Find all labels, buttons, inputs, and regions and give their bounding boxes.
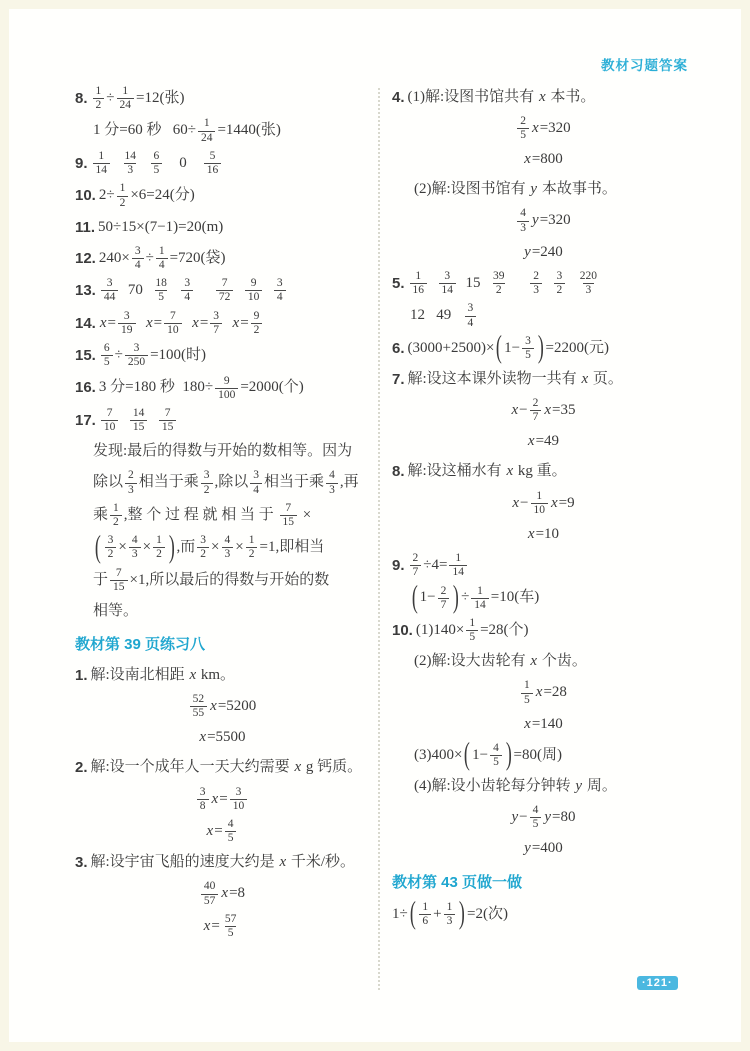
text-run: 除以 [93,473,123,493]
fraction: 516 [204,150,222,177]
text-run: = [214,822,222,842]
text-run [149,411,157,431]
item-number: 11. [75,218,95,238]
item-number: 17. [75,411,96,431]
fraction: 35 [522,335,534,362]
math-line: x=10 [392,520,694,549]
math-line: 7.解:设这本课外读物一共有 x 页。 [392,365,694,394]
text-run: (1)140× [416,621,464,641]
fraction: 1415 [130,407,148,434]
fraction: 43 [326,469,338,496]
math-line: 10.(1)140×15=28(个) [392,615,694,646]
fraction: 32 [201,469,213,496]
fraction: 14 [156,245,168,272]
fraction: 4057 [201,880,219,907]
math-variable: x [211,790,220,810]
fraction: 45 [530,804,542,831]
text-run: =12(张) [136,89,184,109]
text-run [172,281,180,301]
text-run: 70 [120,281,150,301]
text-run: =1,即相当 [259,538,324,558]
math-line: 乘12,整 个 过 程 就 相 当 于 715 × [75,500,369,531]
item-number: 14. [75,314,96,334]
math-variable: x [527,432,536,452]
text-run [429,274,437,294]
text-run: 15 [458,274,488,294]
fraction: 12 [93,85,105,112]
math-line: 9.114 143 65 0 516 [75,148,369,179]
fraction: 38 [197,786,209,813]
math-variable: x [580,370,589,390]
item-number: 13. [75,281,96,301]
text-run: =140 [532,715,563,735]
text-run: ,再 [340,473,359,493]
math-variable: x [145,314,154,334]
math-variable: x [543,401,552,421]
text-run: = [108,314,116,334]
fraction: 65 [151,150,163,177]
fraction: 43 [517,207,529,234]
math-line: 相等。 [75,597,369,626]
math-line: y=400 [392,835,694,864]
math-variable: x [511,494,520,514]
text-run: =320 [540,119,571,139]
big-right-paren: ) [538,328,544,369]
math-line: (1−27)÷114=10(车) [392,583,694,614]
text-run: − [519,808,527,828]
text-run: 本故事书。 [538,180,617,200]
text-run [235,281,243,301]
text-run: ×6=24(分) [130,186,194,206]
text-run: ,除以 [215,473,249,493]
math-variable: y [574,777,583,797]
text-run: 千米/秒。 [287,853,355,873]
item-number: 10. [75,186,96,206]
big-left-paren: ( [412,578,418,619]
text-run [510,274,529,294]
text-run: =80 [552,808,575,828]
math-line: 3.解:设宇宙飞船的速度大约是 x 千米/秒。 [75,848,369,877]
text-run: × [299,506,311,526]
text-run: ÷ [115,346,123,366]
fraction: 92 [251,310,263,337]
fraction: 27 [530,397,542,424]
big-left-paren: ( [464,735,470,776]
item-number: 9. [392,556,405,576]
page-header-title: 教材习题答案 [601,54,688,74]
fraction: 3250 [125,342,148,369]
fraction: 715 [159,407,177,434]
fraction: 34 [181,277,193,304]
text-run: ÷ [106,89,114,109]
fraction: 45 [490,742,502,769]
fraction: 34 [250,469,262,496]
math-line: 4.(1)解:设图书馆共有 x 本书。 [392,83,694,112]
text-run: 乘 [93,506,108,526]
text-run: =28 [543,683,566,703]
fraction: 32 [554,270,566,297]
text-run [567,274,575,294]
fraction: 34 [465,302,477,329]
item-number: 8. [75,89,88,109]
fraction: 116 [410,270,428,297]
text-run: 1− [504,339,520,359]
fraction: 124 [117,85,135,112]
text-run: 解:设这本课外读物一共有 [408,370,581,390]
section-heading: 教材第 43 页做一做 [392,870,694,896]
text-run: (2)解:设大齿轮有 [414,652,529,672]
fraction: 34 [274,277,286,304]
text-run [120,411,128,431]
math-line: (2)解:设图书馆有 y 本故事书。 [392,175,694,204]
text-run: =5500 [207,728,245,748]
math-line: 1 分=60 秒 60÷124=1440(张) [75,115,369,146]
math-line: (2)解:设大齿轮有 x 个齿。 [392,647,694,676]
fraction: 715 [280,502,298,529]
math-line: 12.240×34÷14=720(袋) [75,243,369,274]
math-variable: x [523,715,532,735]
text-run: km。 [197,666,235,686]
fraction: 392 [490,270,508,297]
fraction: 25 [517,115,529,142]
fraction: 310 [230,786,248,813]
text-run: × [211,538,219,558]
fraction: 575 [222,913,240,940]
text-run: 0 [164,154,202,174]
text-run: g 钙质。 [302,758,362,778]
math-line: 9.27÷4=114 [392,550,694,581]
text-run: = [200,314,208,334]
text-run: 50÷15×(7−1)=20(m) [98,218,223,238]
math-variable: x [523,150,532,170]
section-heading: 教材第 39 页练习八 [75,632,369,658]
text-run: =8 [229,884,245,904]
math-line: (3)400×(1−45)=80(周) [392,740,694,771]
math-variable: x [531,119,540,139]
text-run: 教材第 39 页练习八 [75,635,205,655]
math-line: 2.解:设一个成年人一天大约需要 x g 钙质。 [75,754,369,783]
text-run [112,154,120,174]
big-right-paren: ) [169,528,175,569]
text-run: = [211,917,219,937]
item-number: 16. [75,378,96,398]
fraction: 314 [439,270,457,297]
fraction: 23 [125,469,137,496]
text-run: 12 49 [410,306,463,326]
math-variable: x [527,525,536,545]
fraction: 772 [216,277,234,304]
text-run: 3 分=180 秒 180÷ [99,378,213,398]
math-line: 4057x=8 [75,878,369,909]
text-run [141,154,149,174]
text-run [195,281,214,301]
math-line: 38x=310 [75,784,369,815]
text-run: =240 [532,243,563,263]
text-run: =35 [552,401,575,421]
math-line: 1.解:设南北相距 x km。 [75,661,369,690]
fraction: 2203 [577,270,600,297]
fraction: 15 [521,679,533,706]
text-run: = [154,314,162,334]
text-run: × [143,538,151,558]
math-line: 17.710 1415 715 [75,405,369,436]
fraction: 114 [449,552,467,579]
text-run: = [240,314,248,334]
fraction: 344 [101,277,119,304]
text-run: ÷ [461,588,469,608]
math-variable: x [510,401,519,421]
math-variable: x [206,822,215,842]
text-run: 教材第 43 页做一做 [392,873,522,893]
math-line: (32×43×12),而32×43×12=1,即相当 [75,532,369,563]
text-run: =5200 [218,697,256,717]
text-run: 页。 [589,370,623,390]
item-number: 6. [392,339,405,359]
math-variable: x [209,697,218,717]
text-run: ÷4= [423,556,447,576]
text-run: (1)解:设图书馆共有 [408,88,538,108]
math-line: x=575 [75,911,369,942]
fraction: 43 [222,534,234,561]
text-run [184,314,192,334]
fraction: 910 [245,277,263,304]
text-run [224,314,232,334]
item-number: 1. [75,666,88,686]
math-line: x−110x=9 [392,488,694,519]
text-run: 发现:最后的得数与开始的数相等。因为 [93,442,352,462]
text-run: (4)解:设小齿轮每分钟转 [414,777,574,797]
item-number: 5. [392,274,405,294]
text-run: =2200(元) [546,339,609,359]
text-run: 1 分=60 秒 60÷ [93,121,196,141]
math-variable: y [543,808,552,828]
text-run: =28(个) [480,621,528,641]
fraction: 12 [117,182,129,209]
text-run: =100(时) [150,346,206,366]
math-line: 13.344 70 185 34 772 910 34 [75,275,369,306]
item-number: 10. [392,621,413,641]
math-line: 25x=320 [392,113,694,144]
fraction: 9100 [215,375,238,402]
text-run [138,314,146,334]
fraction: 37 [210,310,222,337]
text-run: =2000(个) [240,378,303,398]
text-run: (2)解:设图书馆有 [414,180,529,200]
fraction: 5255 [190,693,208,720]
fraction: 27 [438,585,450,612]
fraction: 143 [122,150,140,177]
text-run: =9 [559,494,575,514]
fraction: 27 [410,552,422,579]
math-line: 发现:最后的得数与开始的数相等。因为 [75,437,369,466]
big-left-paren: ( [496,328,502,369]
text-run: 本书。 [547,88,596,108]
text-run: =10 [536,525,559,545]
text-run: − [519,401,527,421]
text-run: =10(车) [491,588,539,608]
fraction: 15 [466,617,478,644]
fraction: 23 [530,270,542,297]
text-run: (3000+2500)× [408,339,495,359]
big-right-paren: ) [453,578,459,619]
math-line: x=45 [75,816,369,847]
math-line: 8.12÷124=12(张) [75,83,369,114]
fraction: 114 [471,585,489,612]
math-line: x=800 [392,145,694,174]
fraction: 32 [105,534,117,561]
math-variable: x [198,728,207,748]
big-right-paren: ) [506,735,512,776]
big-right-paren: ) [459,894,465,935]
text-run: 相等。 [93,602,138,622]
item-number: 3. [75,853,88,873]
text-run: 个齿。 [538,652,587,672]
text-run: 2÷ [99,186,115,206]
math-line: 14.x=319 x=710 x=37 x=92 [75,308,369,339]
fraction: 65 [101,342,113,369]
math-line: 1÷(16+13)=2(次) [392,899,694,930]
math-variable: y [529,180,538,200]
text-run: × [235,538,243,558]
math-line: x=5500 [75,724,369,753]
text-run: 1− [472,746,488,766]
text-run: 240× [99,249,130,269]
fraction: 114 [93,150,111,177]
text-run: ,而 [177,538,196,558]
fraction: 124 [198,117,216,144]
text-run: 相当于乘 [139,473,199,493]
math-line: 8.解:设这桶水有 x kg 重。 [392,458,694,487]
text-run: =800 [532,150,563,170]
math-line: x=140 [392,710,694,739]
math-line: 10.2÷12×6=24(分) [75,180,369,211]
math-variable: x [203,917,212,937]
math-variable: x [188,666,197,686]
math-variable: x [191,314,200,334]
text-run: =400 [532,839,563,859]
math-line: 5255x=5200 [75,691,369,722]
math-line: 15x=28 [392,677,694,708]
item-number: 8. [392,462,405,482]
math-variable: x [535,683,544,703]
fraction: 12 [110,502,122,529]
math-line: 于715×1,所以最后的得数与开始的数 [75,565,369,596]
math-variable: y [523,243,532,263]
item-number: 7. [392,370,405,390]
math-line: x−27x=35 [392,395,694,426]
math-variable: x [529,652,538,672]
text-run: (3)400× [414,746,462,766]
fraction: 12 [153,534,165,561]
text-run: 周。 [583,777,617,797]
text-run: =80(周) [514,746,562,766]
math-variable: y [510,808,519,828]
big-left-paren: ( [410,894,416,935]
item-number: 15. [75,346,96,366]
math-line: 15.65÷3250=100(时) [75,340,369,371]
math-line: y=240 [392,238,694,267]
text-run: = [219,790,227,810]
text-run: 解:设一个成年人一天大约需要 [91,758,294,778]
text-run [264,281,272,301]
column-right: 4.(1)解:设图书馆共有 x 本书。25x=320x=800(2)解:设图书馆… [392,82,694,931]
text-run: ,整 个 过 程 就 相 当 于 [124,506,278,526]
item-number: 4. [392,88,405,108]
math-line: 11.50÷15×(7−1)=20(m) [75,213,369,242]
text-run: − [520,494,528,514]
math-line: 5.116 314 15 392 23 32 2203 [392,268,694,299]
item-number: 12. [75,249,96,269]
fraction: 715 [110,567,128,594]
big-left-paren: ( [95,528,101,569]
item-number: 9. [75,154,88,174]
answer-page: 教材习题答案 8.12÷124=12(张)1 分=60 秒 60÷124=144… [0,0,750,1051]
text-run: =1440(张) [217,121,280,141]
text-run: kg 重。 [514,462,567,482]
text-run: 解:设南北相距 [91,666,189,686]
math-line: 6.(3000+2500)×(1−35)=2200(元) [392,333,694,364]
math-variable: x [538,88,547,108]
fraction: 710 [164,310,182,337]
math-line: 43y=320 [392,205,694,236]
text-run: 解:设这桶水有 [408,462,506,482]
math-variable: x [232,314,241,334]
fraction: 13 [444,901,456,928]
fraction: 34 [132,245,144,272]
math-variable: x [505,462,514,482]
math-line: y−45y=80 [392,802,694,833]
text-run: 1− [420,588,436,608]
fraction: 16 [419,901,431,928]
fraction: 319 [118,310,136,337]
item-number: 2. [75,758,88,778]
math-line: x=49 [392,428,694,457]
math-line: (4)解:设小齿轮每分钟转 y 周。 [392,772,694,801]
math-line: 除以23相当于乘32,除以34相当于乘43,再 [75,467,369,498]
text-run: 解:设宇宙飞船的速度大约是 [91,853,279,873]
fraction: 12 [246,534,258,561]
fraction: 185 [152,277,170,304]
fraction: 32 [197,534,209,561]
fraction: 45 [225,818,237,845]
math-variable: x [99,314,108,334]
column-left: 8.12÷124=12(张)1 分=60 秒 60÷124=1440(张)9.1… [75,82,369,943]
text-run: =720(袋) [170,249,226,269]
math-variable: x [220,884,229,904]
text-run: ×1,所以最后的得数与开始的数 [130,571,330,591]
math-variable: x [293,758,302,778]
text-run [544,274,552,294]
math-variable: y [531,211,540,231]
math-variable: x [550,494,559,514]
text-run: =49 [536,432,559,452]
text-run: × [118,538,126,558]
text-run: 1÷ [392,905,408,925]
text-run: ÷ [146,249,154,269]
page-number-badge: ·121· [637,976,678,990]
text-run: =320 [540,211,571,231]
fraction: 110 [531,490,549,517]
text-run: + [433,905,441,925]
math-line: 16.3 分=180 秒 180÷9100=2000(个) [75,373,369,404]
text-run: =2(次) [467,905,508,925]
math-variable: x [278,853,287,873]
column-divider [378,88,380,990]
fraction: 43 [129,534,141,561]
fraction: 710 [101,407,119,434]
math-variable: y [523,839,532,859]
text-run: 于 [93,571,108,591]
